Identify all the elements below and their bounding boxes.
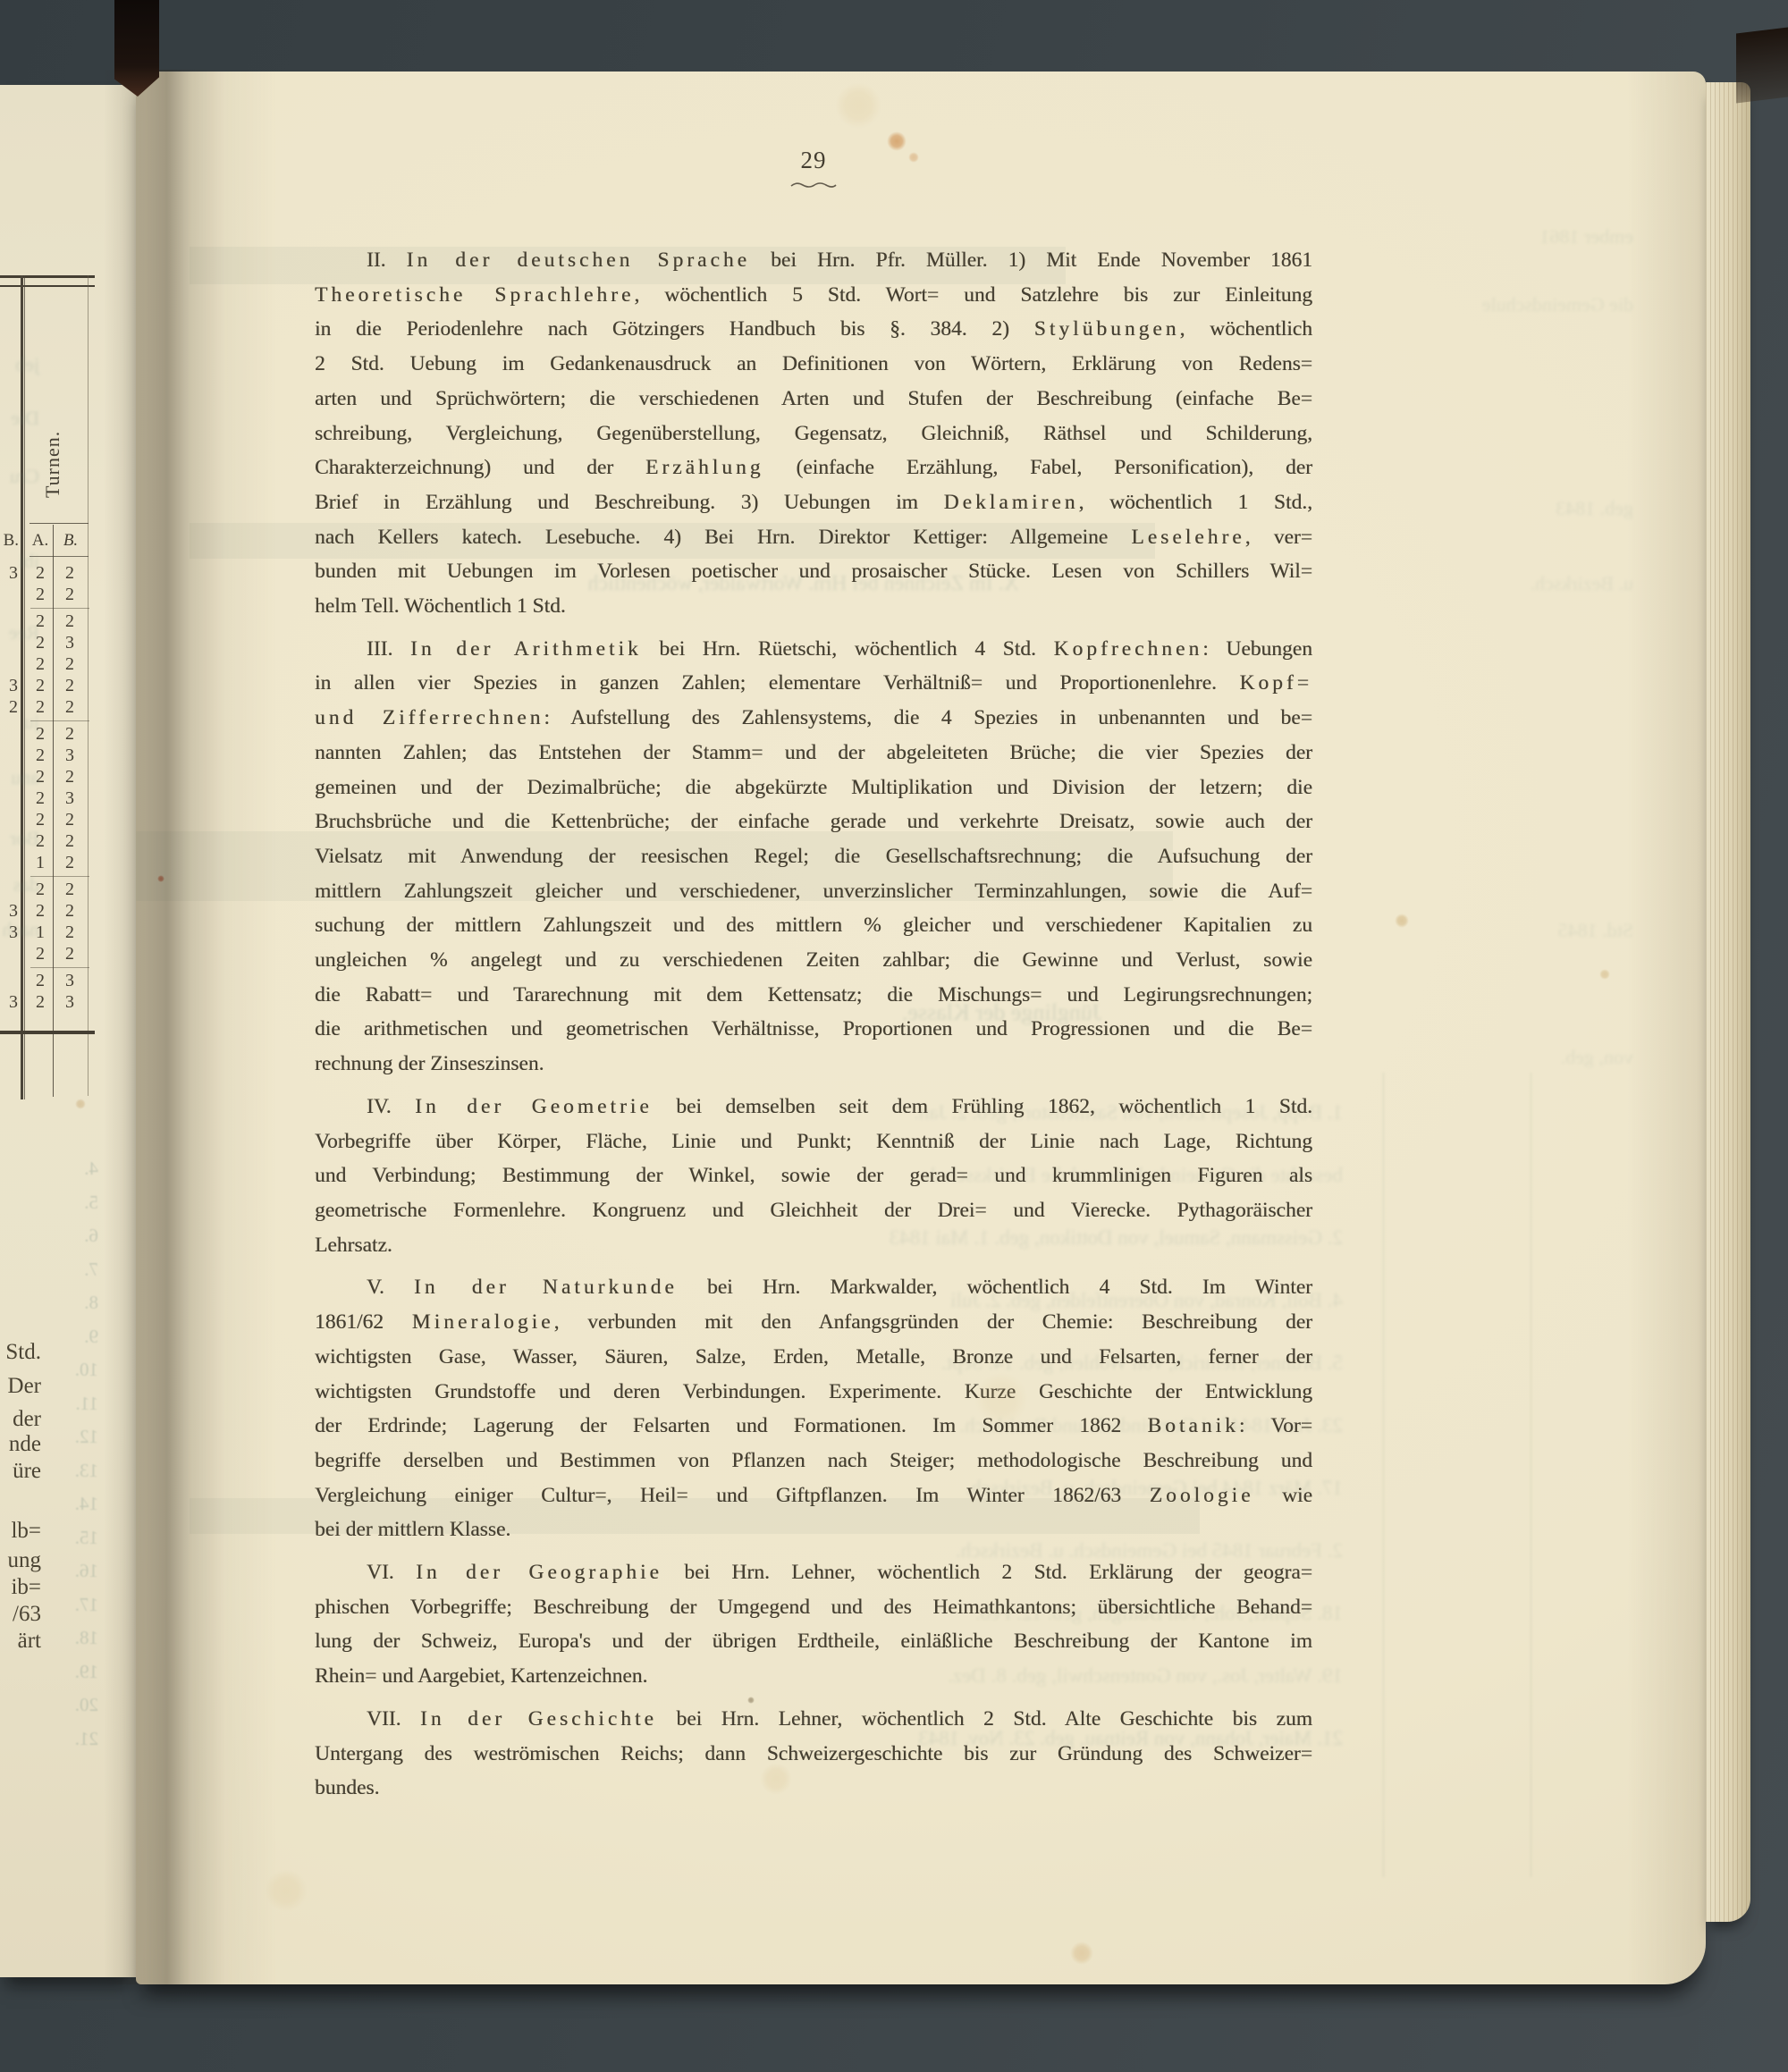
previous-page-edge: Turnen. B.A.B. 3222222232232222222232223… xyxy=(0,85,136,1977)
text-line: schreibung, Vergleichung, Gegenüberstell… xyxy=(315,417,1312,451)
table-cell: 2 xyxy=(56,767,83,788)
text-line: Bruchsbrüche und die Kettenbrüche; der e… xyxy=(315,804,1312,839)
text-line: gemeinen und der Dezimalbrüche; die abge… xyxy=(315,771,1312,805)
text-line: Brief in Erzählung und Beschreibung. 3) … xyxy=(315,485,1312,520)
table-cell: 2 xyxy=(30,880,51,900)
table-cell: 2 xyxy=(56,831,83,852)
table-cell: 2 xyxy=(30,563,51,584)
bleedthrough-number: 19. xyxy=(59,1661,98,1683)
text-line: rechnung der Zinseszinsen. xyxy=(315,1047,1312,1082)
table-cell: 2 xyxy=(56,810,83,830)
bleedthrough-number: 7. xyxy=(59,1259,98,1281)
table-cell: 3 xyxy=(56,992,83,1013)
table-cell: 2 xyxy=(56,654,83,675)
page-edge-stack xyxy=(1706,82,1750,1922)
table-cell: 2 xyxy=(30,901,51,922)
text-line: in die Periodenlehre nach Götzingers Han… xyxy=(315,312,1312,347)
cutoff-text: Std. xyxy=(0,1341,41,1363)
rotated-column-header: Turnen. xyxy=(41,431,64,498)
bleedthrough-number: 14. xyxy=(59,1493,98,1515)
table-cell: 2 xyxy=(30,831,51,852)
text-line: II. In der deutschen Sprache bei Hrn. Pf… xyxy=(315,243,1312,278)
cutoff-text: Der xyxy=(0,1375,41,1397)
table-cell: 3 xyxy=(0,901,18,922)
text-line: III. In der Arithmetik bei Hrn. Rüetschi… xyxy=(315,632,1312,667)
bleedthrough-rule xyxy=(1383,1073,1384,1877)
body-text: II. In der deutschen Sprache bei Hrn. Pf… xyxy=(315,243,1312,1814)
table-cell: 2 xyxy=(56,585,83,605)
table-top-rule xyxy=(0,275,95,287)
cutoff-text: der xyxy=(0,1408,41,1430)
text-line: der Erdrinde; Lagerung der Felsarten und… xyxy=(315,1409,1312,1444)
bleedthrough-text: Cru xyxy=(0,465,39,488)
bleedthrough-text: ember 1861 xyxy=(1338,225,1633,248)
table-cell: 3 xyxy=(0,563,18,584)
table-cell: 3 xyxy=(56,745,83,766)
table-cell: 2 xyxy=(56,563,83,584)
bleedthrough-number: 20. xyxy=(59,1694,98,1716)
text-line: bei der mittlern Klasse. xyxy=(315,1512,1312,1547)
table-cell: 3 xyxy=(0,992,18,1013)
cutoff-text: ib= xyxy=(0,1576,41,1598)
table-cell: 2 xyxy=(30,767,51,788)
bleedthrough-number: 21. xyxy=(59,1728,98,1750)
bookmark-ribbon xyxy=(114,0,159,97)
cutoff-text: /63 xyxy=(0,1603,41,1625)
text-line: in allen vier Spezies in ganzen Zahlen; … xyxy=(315,666,1312,701)
book-page: X. Im Zeichnen bei Hrn. Wortwalder, wöch… xyxy=(136,72,1706,1984)
table-cell: 2 xyxy=(56,922,83,943)
table-cell: 2 xyxy=(30,654,51,675)
table-cell: 2 xyxy=(30,676,51,696)
text-line: Lehrsatz. xyxy=(315,1228,1312,1263)
bleedthrough-number: 5. xyxy=(59,1192,98,1214)
table-vertical-rule xyxy=(53,525,54,1097)
text-line: Charakterzeichnung) und der Erzählung (e… xyxy=(315,451,1312,485)
table-cell: 2 xyxy=(56,880,83,900)
text-line: und Verbindung; Bestimmung der Winkel, s… xyxy=(315,1158,1312,1193)
table-group-rule xyxy=(30,967,89,968)
text-line: Vorbegriffe über Körper, Fläche, Linie u… xyxy=(315,1124,1312,1159)
table-column-header: B. xyxy=(1,531,19,551)
bleedthrough-number: 18. xyxy=(59,1627,98,1649)
table-cell: 2 xyxy=(30,697,51,718)
table-cell: 2 xyxy=(30,745,51,766)
bleedthrough-number: 13. xyxy=(59,1460,98,1482)
table-vertical-rule xyxy=(21,275,25,1099)
table-cell: 2 xyxy=(56,697,83,718)
text-line: phischen Vorbegriffe; Beschreibung der U… xyxy=(315,1590,1312,1625)
table-cell: 3 xyxy=(56,788,83,809)
cutoff-text: nde xyxy=(0,1433,41,1455)
text-line: V. In der Naturkunde bei Hrn. Markwalder… xyxy=(315,1270,1312,1305)
text-line: bundes. xyxy=(315,1771,1312,1806)
bleedthrough-number: 8. xyxy=(59,1292,98,1314)
page-number: 29 xyxy=(315,147,1312,174)
bleedthrough-rule xyxy=(1531,1073,1531,1877)
table-cell: 2 xyxy=(56,944,83,964)
table-header-rule xyxy=(30,523,89,524)
table-cell: 2 xyxy=(30,611,51,632)
paragraph: V. In der Naturkunde bei Hrn. Markwalder… xyxy=(315,1270,1312,1547)
table-cell: 2 xyxy=(56,853,83,873)
cutoff-text: ärt xyxy=(0,1630,41,1652)
text-line: lung der Schweiz, Europa's und der übrig… xyxy=(315,1624,1312,1659)
table-cell: 2 xyxy=(56,724,83,745)
bleedthrough-number: 11. xyxy=(59,1393,98,1415)
text-line: Theoretische Sprachlehre, wöchentlich 5 … xyxy=(315,278,1312,313)
table-vertical-rule xyxy=(88,275,89,1096)
bleedthrough-text: von, geb. xyxy=(1338,1046,1633,1069)
table-cell: 3 xyxy=(0,922,18,943)
text-line: mittlern Zahlungszeit gleicher und versc… xyxy=(315,874,1312,909)
text-line: nannten Zahlen; das Entstehen der Stamm=… xyxy=(315,736,1312,771)
bleedthrough-text: Die xyxy=(0,407,39,430)
text-line: die arithmetischen und geometrischen Ver… xyxy=(315,1012,1312,1047)
table-cell: 2 xyxy=(30,585,51,605)
table-group-rule xyxy=(30,876,89,877)
text-line: wichtigsten Gase, Wasser, Säuren, Salze,… xyxy=(315,1340,1312,1375)
bleedthrough-number: 9. xyxy=(59,1326,98,1348)
bleedthrough-number: 6. xyxy=(59,1225,98,1247)
paragraph: II. In der deutschen Sprache bei Hrn. Pf… xyxy=(315,243,1312,624)
text-line: wichtigsten Grundstoffe und deren Verbin… xyxy=(315,1375,1312,1410)
text-line: VI. In der Geographie bei Hrn. Lehner, w… xyxy=(315,1555,1312,1590)
table-cell: 2 xyxy=(30,633,51,653)
table-cell: 2 xyxy=(56,611,83,632)
bleedthrough-number: 17. xyxy=(59,1594,98,1616)
text-line: Vielsatz mit Anwendung der reesischen Re… xyxy=(315,839,1312,874)
text-line: Untergang des weströmischen Reichs; dann… xyxy=(315,1737,1312,1772)
bleedthrough-text: jeb xyxy=(0,353,39,376)
table-cell: 2 xyxy=(30,944,51,964)
bleedthrough-number: 10. xyxy=(59,1359,98,1381)
table-cell: 2 xyxy=(0,697,18,718)
text-line: 1861/62 Mineralogie, verbunden mit den A… xyxy=(315,1305,1312,1340)
table-group-rule xyxy=(30,608,89,609)
text-line: bunden mit Uebungen im Vorlesen poetisch… xyxy=(315,554,1312,589)
bleedthrough-text: geb. 1843 xyxy=(1338,497,1633,520)
bleedthrough-text: die Gemeindschule xyxy=(1338,293,1633,316)
text-line: 2 Std. Uebung im Gedankenausdruck an Def… xyxy=(315,347,1312,382)
book-scan: Turnen. B.A.B. 3222222232232222222232223… xyxy=(0,0,1788,2072)
table-cell: 2 xyxy=(56,676,83,696)
bleedthrough-text: Std. 1845 xyxy=(1338,919,1633,942)
page-number-ornament xyxy=(789,181,838,190)
text-line: Rhein= und Aargebiet, Kartenzeichnen. xyxy=(315,1659,1312,1694)
cutoff-text: lb= xyxy=(0,1520,41,1542)
table-cell: 2 xyxy=(30,724,51,745)
bleedthrough-number: 12. xyxy=(59,1426,98,1448)
table-column-header: A. xyxy=(30,531,51,551)
table-cell: 3 xyxy=(0,676,18,696)
text-line: VII. In der Geschichte bei Hrn. Lehner, … xyxy=(315,1702,1312,1737)
table-cell: 2 xyxy=(56,901,83,922)
cover-corner xyxy=(1736,27,1788,103)
text-line: begriffe derselben und Bestimmen von Pfl… xyxy=(315,1444,1312,1478)
table-group-rule xyxy=(30,720,89,721)
text-line: und Zifferrechnen: Aufstellung des Zahle… xyxy=(315,701,1312,736)
paragraph: VI. In der Geographie bei Hrn. Lehner, w… xyxy=(315,1555,1312,1694)
bleedthrough-text: u. Bezirksch. xyxy=(1338,572,1633,595)
text-line: Vergleichung einiger Cultur=, Heil= und … xyxy=(315,1478,1312,1513)
table-header-rule xyxy=(30,556,89,557)
paragraph: IV. In der Geometrie bei demselben seit … xyxy=(315,1090,1312,1263)
table-cell: 3 xyxy=(56,633,83,653)
cutoff-text: ung xyxy=(0,1549,41,1571)
text-line: helm Tell. Wöchentlich 1 Std. xyxy=(315,589,1312,624)
text-line: IV. In der Geometrie bei demselben seit … xyxy=(315,1090,1312,1124)
table-cell: 1 xyxy=(30,922,51,943)
text-line: arten und Sprüchwörtern; die verschieden… xyxy=(315,382,1312,417)
text-line: nach Kellers katech. Lesebuche. 4) Bei H… xyxy=(315,520,1312,555)
table-cell: 1 xyxy=(30,853,51,873)
bleedthrough-number: 4. xyxy=(59,1158,98,1180)
table-cell: 2 xyxy=(30,971,51,991)
paragraph: III. In der Arithmetik bei Hrn. Rüetschi… xyxy=(315,632,1312,1082)
bleedthrough-number: 15. xyxy=(59,1527,98,1549)
text-line: geometrische Formenlehre. Kongruenz und … xyxy=(315,1193,1312,1228)
table-cell: 3 xyxy=(56,971,83,991)
table-cell: 2 xyxy=(30,788,51,809)
table-cell: 2 xyxy=(30,992,51,1013)
table-cell: 2 xyxy=(30,810,51,830)
cutoff-text: üre xyxy=(0,1460,41,1482)
bleedthrough-number: 16. xyxy=(59,1560,98,1582)
paragraph: VII. In der Geschichte bei Hrn. Lehner, … xyxy=(315,1702,1312,1806)
text-line: die Rabatt= und Tararechnung mit dem Ket… xyxy=(315,978,1312,1013)
table-bottom-rule xyxy=(0,1031,95,1034)
text-line: suchung der mittlern Zahlungszeit und de… xyxy=(315,908,1312,943)
table-column-header: B. xyxy=(57,531,84,551)
text-line: ungleichen % angelegt und zu verschieden… xyxy=(315,943,1312,978)
